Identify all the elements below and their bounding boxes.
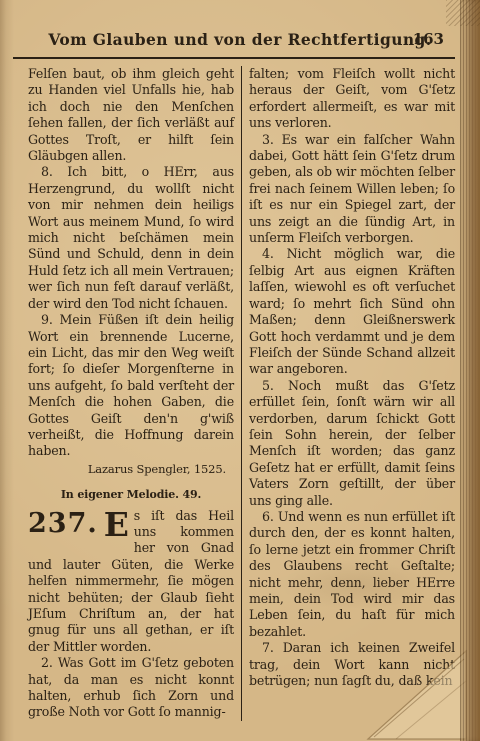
verse-5: 5. Noch mußt das G'ſetz erfüllet ſein, ſ… bbox=[249, 378, 455, 509]
book-page-edge bbox=[460, 0, 480, 741]
left-column: Felſen baut, ob ihm gleich geht zu Hande… bbox=[28, 66, 241, 721]
hymn-number: 237. bbox=[28, 510, 98, 537]
hymn-head: 237. E bbox=[28, 510, 129, 543]
verse-4: 4. Nicht möglich war, die ſelbig Art aus… bbox=[249, 246, 455, 377]
verse-8: 8. Ich bitt, o HErr, aus Herzengrund, du… bbox=[28, 164, 234, 312]
melody-note: In eigener Melodie. 49. bbox=[28, 487, 234, 503]
page-title: Vom Glauben und von der Rechtfertigung. bbox=[48, 30, 431, 49]
right-column: falten; vom Fleiſch wollt nicht heraus d… bbox=[241, 66, 455, 721]
text-columns: Felſen baut, ob ihm gleich geht zu Hande… bbox=[28, 66, 455, 721]
paragraph-continuation: falten; vom Fleiſch wollt nicht heraus d… bbox=[249, 66, 455, 132]
verse-3: 3. Es war ein falſcher Wahn dabei, Gott … bbox=[249, 132, 455, 247]
hymn-237-opening: 237. E s iſt das Heil uns kommen her von… bbox=[28, 508, 234, 656]
page-number: 163 bbox=[413, 30, 444, 48]
verse-9: 9. Mein Füßen iſt dein heilig Wort ein b… bbox=[28, 312, 234, 460]
paragraph-continuation: Felſen baut, ob ihm gleich geht zu Hande… bbox=[28, 66, 234, 164]
scanned-book-page: Vom Glauben und von der Rechtfertigung. … bbox=[0, 0, 480, 741]
dogear-fold-decoration bbox=[338, 629, 468, 741]
verse-6: 6. Und wenn es nun erfüllet iſt durch de… bbox=[249, 509, 455, 640]
running-header: Vom Glauben und von der Rechtfertigung. … bbox=[0, 0, 480, 52]
book-page-edge-fan bbox=[446, 0, 480, 26]
dogear-fold-triangle bbox=[368, 651, 466, 739]
verse-2: 2. Was Gott im G'ſetz geboten hat, da ma… bbox=[28, 655, 234, 721]
attribution: Lazarus Spengler, 1525. bbox=[28, 461, 234, 477]
drop-cap-initial: E bbox=[104, 510, 129, 540]
header-rule bbox=[13, 57, 455, 59]
